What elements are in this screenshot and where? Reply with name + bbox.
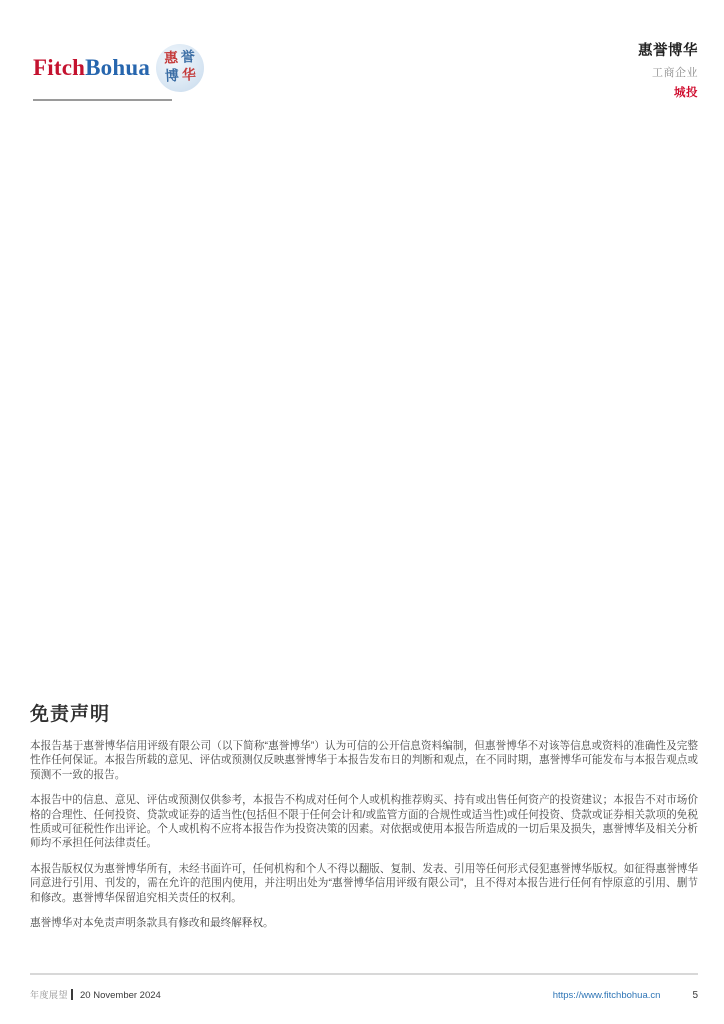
footer-left-block: 年度展望 20 November 2024 <box>30 988 161 1001</box>
seal-char: 华 <box>182 69 197 84</box>
footer-right-block: https://www.fitchbohua.cn 5 <box>553 990 698 1001</box>
page-footer: 年度展望 20 November 2024 https://www.fitchb… <box>30 973 698 1001</box>
logo-word-bohua: Bohua <box>85 55 150 80</box>
disclaimer-section: 免责声明 本报告基于惠誉博华信用评级有限公司（以下简称“惠誉博华”）认为可信的公… <box>30 699 698 941</box>
logo-word-fitch: Fitch <box>33 55 85 80</box>
seal-char: 博 <box>165 70 180 85</box>
header-subsector-label: 城投 <box>638 84 698 100</box>
header-right-block: 惠誉博华 工商企业 城投 <box>638 39 698 100</box>
disclaimer-paragraph: 本报告中的信息、意见、评估或预测仅供参考，本报告不构成对任何个人或机构推荐购买、… <box>30 793 698 851</box>
seal-char: 惠 <box>164 52 179 67</box>
disclaimer-paragraph: 本报告基于惠誉博华信用评级有限公司（以下简称“惠誉博华”）认为可信的公开信息资料… <box>30 739 698 782</box>
logo-wordmark: FitchBohua <box>33 55 150 81</box>
seal-char: 誉 <box>181 51 196 66</box>
header-brand-name: 惠誉博华 <box>638 39 698 60</box>
fitchbohua-logo: FitchBohua 惠 誉 博 华 <box>33 44 204 92</box>
header-sector-label: 工商企业 <box>638 64 698 80</box>
footer-divider <box>71 989 73 1000</box>
report-page: FitchBohua 惠 誉 博 华 惠誉博华 工商企业 城投 免责声明 本报告… <box>0 0 724 1024</box>
footer-website-link[interactable]: https://www.fitchbohua.cn <box>553 990 661 1001</box>
footer-report-type: 年度展望 <box>30 988 68 1001</box>
disclaimer-paragraph: 本报告版权仅为惠誉博华所有，未经书面许可，任何机构和个人不得以翻版、复制、发表、… <box>30 862 698 905</box>
logo-underline-rule <box>33 99 172 101</box>
footer-date: 20 November 2024 <box>80 990 161 1001</box>
footer-page-number: 5 <box>692 990 698 1001</box>
disclaimer-title: 免责声明 <box>30 699 698 726</box>
disclaimer-paragraph: 惠誉博华对本免责声明条款具有修改和最终解释权。 <box>30 916 698 930</box>
seal-icon: 惠 誉 博 华 <box>155 43 205 93</box>
